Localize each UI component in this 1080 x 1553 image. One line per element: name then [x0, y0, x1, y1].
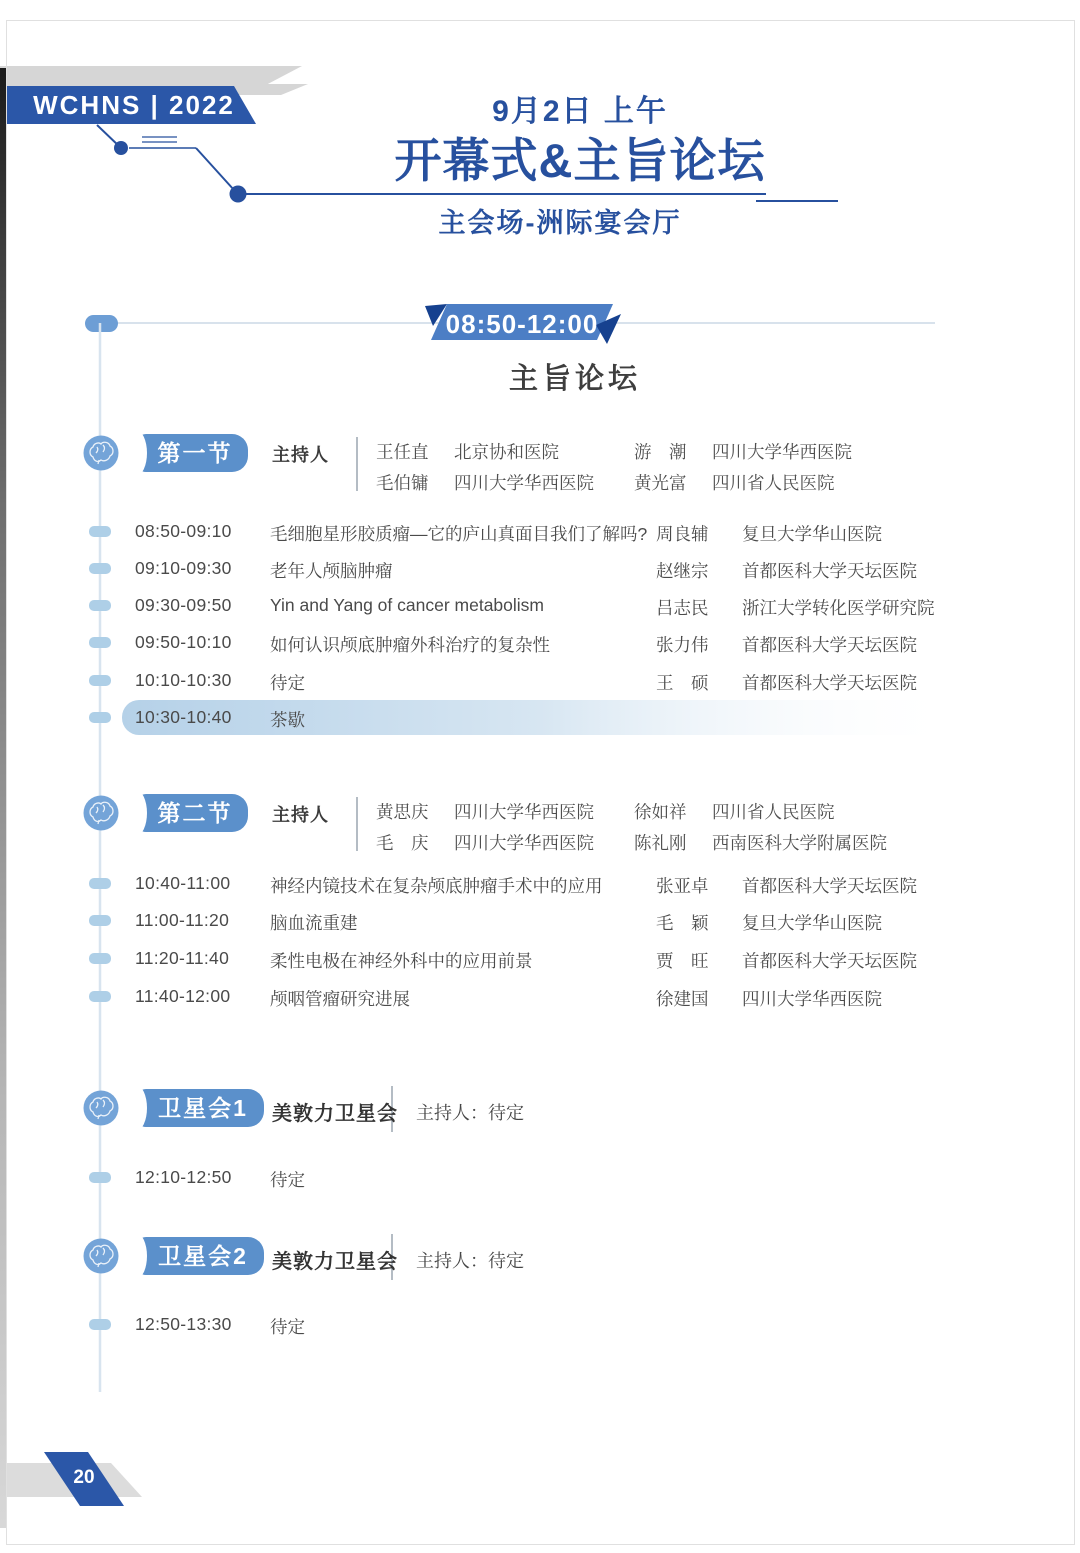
moderator-column: 王任直北京协和医院 毛伯镛四川大学华西医院 [376, 437, 594, 499]
moderator-affiliation: 四川省人民医院 [712, 802, 835, 822]
moderator-line: 毛 庆四川大学华西医院 [376, 828, 594, 859]
moderator-column: 徐如祥四川省人民医院 陈礼刚西南医科大学附属医院 [634, 797, 887, 859]
row-topic: 老年人颅脑肿瘤 [270, 558, 393, 583]
section-badge-label: 第二节 [158, 800, 233, 826]
moderator-name: 黄光富 [634, 468, 698, 499]
moderator-line: 黄光富四川省人民医院 [634, 468, 852, 499]
schedule-row: 09:30-09:50 Yin and Yang of cancer metab… [0, 595, 1080, 619]
schedule-row: 11:20-11:40 柔性电极在神经外科中的应用前景 贾 旺 首都医科大学天坛… [0, 948, 1080, 972]
moderator-name: 毛 庆 [376, 828, 440, 859]
row-topic: Yin and Yang of cancer metabolism [270, 595, 544, 616]
row-topic: 如何认识颅底肿瘤外科治疗的复杂性 [270, 632, 550, 657]
banner-gray-shape [0, 66, 302, 86]
row-speaker: 周良辅 [656, 521, 709, 546]
row-affiliation: 四川大学华西医院 [742, 986, 882, 1011]
row-affiliation: 首都医科大学天坛医院 [742, 948, 917, 973]
row-affiliation: 首都医科大学天坛医院 [742, 632, 917, 657]
section-badge-satellite-2: 卫星会2 [136, 1237, 264, 1275]
row-time: 10:10-10:30 [135, 670, 232, 691]
row-time: 12:50-13:30 [135, 1314, 232, 1335]
row-topic: 脑血流重建 [270, 910, 358, 935]
row-time: 11:40-12:00 [135, 986, 230, 1007]
row-speaker: 贾 旺 [656, 948, 709, 973]
row-time: 08:50-09:10 [135, 521, 232, 542]
section-badge-satellite-1: 卫星会1 [136, 1089, 264, 1127]
section-badge-label: 第一节 [158, 440, 233, 466]
moderator-name: 游 潮 [634, 437, 698, 468]
section-badge-label: 卫星会1 [158, 1095, 248, 1121]
row-speaker: 王 硕 [656, 670, 709, 695]
row-speaker: 毛 颖 [656, 910, 709, 935]
moderator-name: 毛伯镛 [376, 468, 440, 499]
moderator-label: 主持人 [272, 441, 329, 467]
venue-subtitle: 主会场-洲际宴会厅 [80, 201, 1040, 240]
row-affiliation: 复旦大学华山医院 [742, 910, 882, 935]
row-affiliation: 首都医科大学天坛医院 [742, 670, 917, 695]
schedule-row: 10:10-10:30 待定 王 硕 首都医科大学天坛医院 [0, 670, 1080, 694]
schedule-row: 11:00-11:20 脑血流重建 毛 颖 复旦大学华山医院 [0, 910, 1080, 934]
row-time: 09:50-10:10 [135, 632, 232, 653]
page-number: 20 [62, 1467, 106, 1489]
row-topic: 神经内镜技术在复杂颅底肿瘤手术中的应用 [270, 873, 603, 898]
page-title: 开幕式&主旨论坛 [80, 124, 1080, 191]
moderator-line: 王任直北京协和医院 [376, 437, 594, 468]
row-speaker: 徐建国 [656, 986, 709, 1011]
row-topic: 颅咽管瘤研究进展 [270, 986, 410, 1011]
row-topic: 待定 [270, 1167, 305, 1192]
schedule-row: 10:40-11:00 神经内镜技术在复杂颅底肿瘤手术中的应用 张亚卓 首都医科… [0, 873, 1080, 897]
schedule-row: 12:10-12:50 待定 [0, 1167, 1080, 1191]
moderator-line: 徐如祥四川省人民医院 [634, 797, 887, 828]
moderator-name: 王任直 [376, 437, 440, 468]
row-time: 11:20-11:40 [135, 948, 229, 969]
row-time: 09:30-09:50 [135, 595, 232, 616]
moderator-line: 陈礼刚西南医科大学附属医院 [634, 828, 887, 859]
row-affiliation: 首都医科大学天坛医院 [742, 873, 917, 898]
row-affiliation: 首都医科大学天坛医院 [742, 558, 917, 583]
section-badge-label: 卫星会2 [158, 1243, 248, 1269]
section-badge-2: 第二节 [136, 794, 248, 832]
page-left-edge [0, 68, 6, 1528]
row-time: 12:10-12:50 [135, 1167, 232, 1188]
moderator-affiliation: 北京协和医院 [454, 442, 559, 462]
moderator-name: 徐如祥 [634, 797, 698, 828]
schedule-row: 12:50-13:30 待定 [0, 1314, 1080, 1338]
moderator-name: 陈礼刚 [634, 828, 698, 859]
moderator-line: 黄思庆四川大学华西医院 [376, 797, 594, 828]
schedule-row: 08:50-09:10 毛细胞星形胶质瘤—它的庐山真面目我们了解吗? 周良辅 复… [0, 521, 1080, 545]
satellite-host: 主持人：待定 [416, 1099, 524, 1125]
moderator-affiliation: 四川省人民医院 [712, 473, 835, 493]
timeline-start-cap [85, 315, 118, 332]
time-range-badge: 08:50-12:00 [432, 309, 612, 340]
satellite-title: 美敦力卫星会 [272, 1245, 398, 1274]
schedule-row: 09:10-09:30 老年人颅脑肿瘤 赵继宗 首都医科大学天坛医院 [0, 558, 1080, 582]
logo: WCHNS | 2022 [28, 90, 240, 121]
row-speaker: 吕志民 [656, 595, 709, 620]
row-topic: 茶歇 [270, 707, 305, 732]
row-affiliation: 浙江大学转化医学研究院 [742, 595, 935, 620]
row-speaker: 张亚卓 [656, 873, 709, 898]
moderator-column: 黄思庆四川大学华西医院 毛 庆四川大学华西医院 [376, 797, 594, 859]
moderator-affiliation: 四川大学华西医院 [712, 442, 852, 462]
schedule-row-tea-break: 10:30-10:40 茶歇 [0, 707, 1080, 731]
forum-title: 主旨论坛 [85, 356, 1065, 397]
moderator-affiliation: 西南医科大学附属医院 [712, 833, 887, 853]
moderator-line: 毛伯镛四川大学华西医院 [376, 468, 594, 499]
row-topic: 毛细胞星形胶质瘤—它的庐山真面目我们了解吗? [270, 521, 647, 546]
moderator-affiliation: 四川大学华西医院 [454, 833, 594, 853]
satellite-host: 主持人：待定 [416, 1247, 524, 1273]
row-topic: 柔性电极在神经外科中的应用前景 [270, 948, 533, 973]
moderator-affiliation: 四川大学华西医院 [454, 473, 594, 493]
moderator-name: 黄思庆 [376, 797, 440, 828]
row-affiliation: 复旦大学华山医院 [742, 521, 882, 546]
moderator-line: 游 潮四川大学华西医院 [634, 437, 852, 468]
row-topic: 待定 [270, 1314, 305, 1339]
moderator-column: 游 潮四川大学华西医院 黄光富四川省人民医院 [634, 437, 852, 499]
schedule-row: 11:40-12:00 颅咽管瘤研究进展 徐建国 四川大学华西医院 [0, 986, 1080, 1010]
row-speaker: 赵继宗 [656, 558, 709, 583]
moderator-affiliation: 四川大学华西医院 [454, 802, 594, 822]
row-topic: 待定 [270, 670, 305, 695]
row-time: 09:10-09:30 [135, 558, 232, 579]
schedule-row: 09:50-10:10 如何认识颅底肿瘤外科治疗的复杂性 张力伟 首都医科大学天… [0, 632, 1080, 656]
program-page: WCHNS | 2022 9月2日 上午 开幕式&主旨论坛 主会场-洲际宴会厅 … [0, 0, 1080, 1553]
satellite-title: 美敦力卫星会 [272, 1097, 398, 1126]
row-time: 11:00-11:20 [135, 910, 229, 931]
row-time: 10:40-11:00 [135, 873, 230, 894]
moderator-label: 主持人 [272, 801, 329, 827]
row-time: 10:30-10:40 [135, 707, 232, 728]
row-speaker: 张力伟 [656, 632, 709, 657]
section-badge-1: 第一节 [136, 434, 248, 472]
